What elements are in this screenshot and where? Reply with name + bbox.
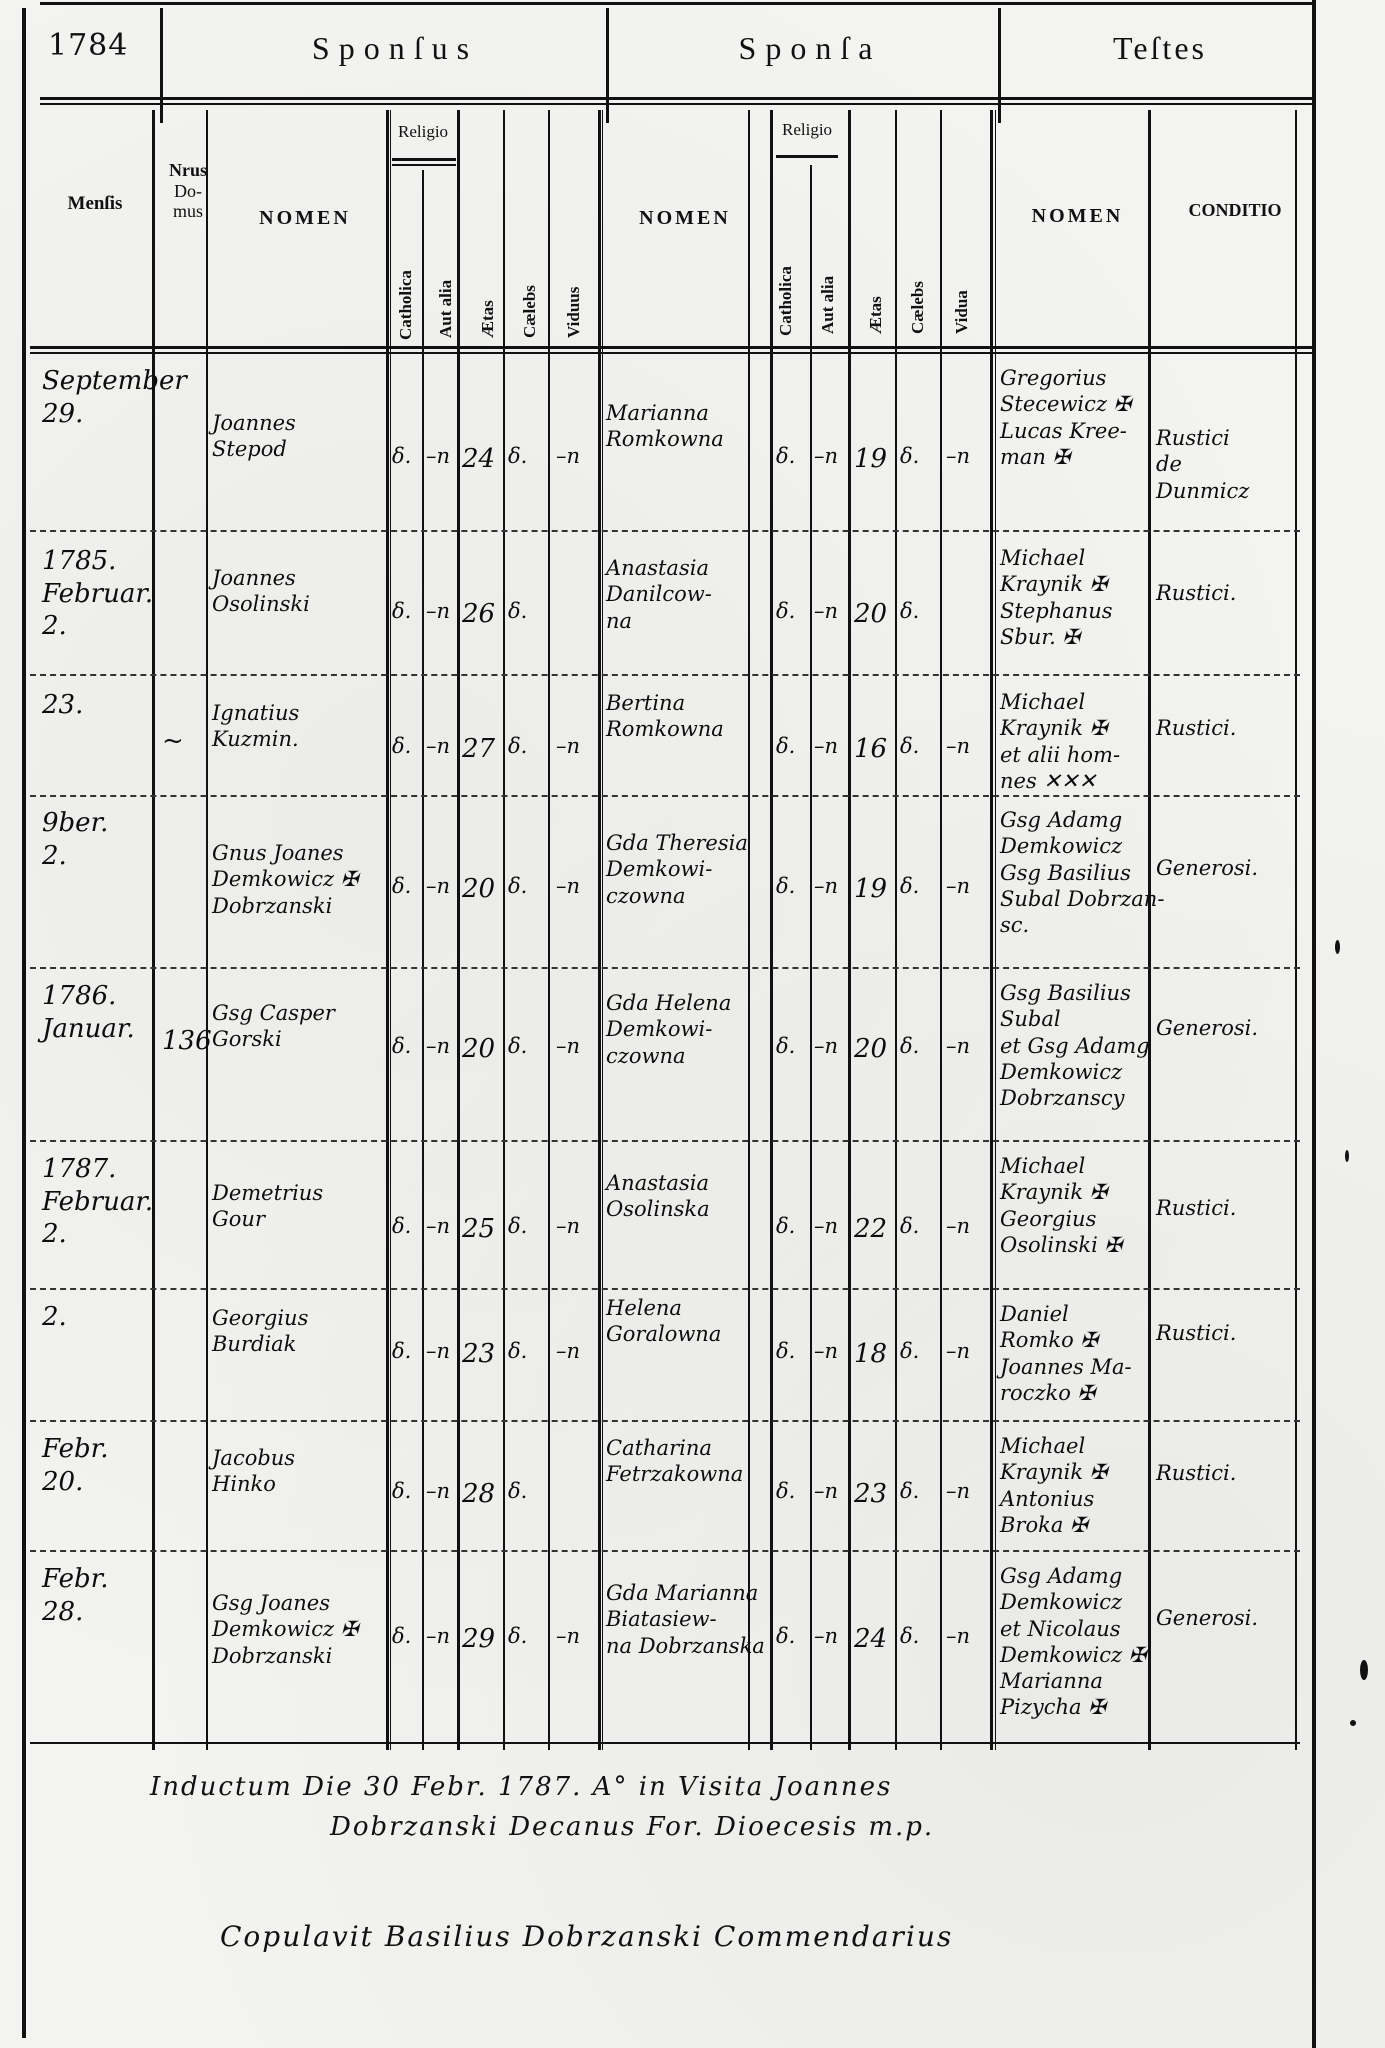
entry-groom-other-religion: –n <box>426 598 450 624</box>
entry-groom-catholic: δ. <box>392 598 411 624</box>
entry-bride-name: Marianna Romkowna <box>606 400 724 453</box>
entry-witness-condition: Rustici de Dunmicz <box>1156 425 1249 504</box>
entry-bride-other-religion: –n <box>814 443 838 469</box>
entry-witnesses: Daniel Romko ✠ Joannes Ma- roczko ✠ <box>1000 1301 1132 1406</box>
header-bride-celebs: Cælebs <box>908 281 928 334</box>
section-groom: Sponſus <box>200 30 590 67</box>
entry-bride-catholic: δ. <box>776 1213 795 1239</box>
header-groom-widower: Viduus <box>564 287 584 338</box>
col-rule <box>548 110 550 1750</box>
rule <box>40 97 1315 100</box>
entry-date: 9ber. 2. <box>42 807 108 872</box>
entry-bride-celebs: δ. <box>900 598 919 624</box>
entry-house-number: 136 <box>162 1025 212 1058</box>
entry-groom-other-religion: –n <box>426 1033 450 1059</box>
divider <box>606 8 609 123</box>
rule <box>392 164 456 166</box>
entry-groom-celebs: δ. <box>508 1478 527 1504</box>
entry-groom-other-religion: –n <box>426 873 450 899</box>
section-bride: Sponſa <box>640 30 980 67</box>
entry-bride-catholic: δ. <box>776 598 795 624</box>
rule <box>776 155 838 158</box>
col-rule <box>810 165 812 1750</box>
row-rule <box>30 795 1300 797</box>
entry-bride-widow: –n <box>946 1623 970 1649</box>
entry-bride-catholic: δ. <box>776 1033 795 1059</box>
header-groom-name: NOMEN <box>230 207 380 230</box>
rule <box>30 346 1315 349</box>
entry-witnesses: Michael Kraynik ✠ Georgius Osolinski ✠ <box>1000 1153 1122 1258</box>
entry-bride-name: Bertina Romkowna <box>606 690 724 743</box>
header-witness-condition: CONDITIO <box>1160 200 1310 221</box>
entry-bride-widow: –n <box>946 733 970 759</box>
entry-witnesses: Gregorius Stecewicz ✠ Lucas Kree- man ✠ <box>1000 365 1131 470</box>
entry-bride-catholic: δ. <box>776 1338 795 1364</box>
entry-bride-celebs: δ. <box>900 733 919 759</box>
header-bride-age: Ætas <box>866 296 886 334</box>
entry-witnesses: Gsg Basilius Subal et Gsg Adamg Demkowic… <box>1000 980 1150 1111</box>
entry-witness-condition: Generosi. <box>1156 855 1258 881</box>
frame-top <box>40 2 1315 5</box>
entry-bride-celebs: δ. <box>900 1033 919 1059</box>
register-year: 1784 <box>48 28 128 63</box>
entry-groom-catholic: δ. <box>392 1478 411 1504</box>
col-rule <box>386 110 389 1750</box>
row-rule <box>30 674 1300 676</box>
entry-groom-name: Georgius Burdiak <box>212 1305 308 1358</box>
entry-bride-age: 18 <box>854 1338 887 1371</box>
entry-bride-age: 16 <box>854 733 887 766</box>
header-bride-name: NOMEN <box>615 207 755 230</box>
entry-groom-other-religion: –n <box>426 1338 450 1364</box>
entry-date: Febr. 28. <box>42 1563 109 1628</box>
rule <box>40 103 1315 105</box>
entry-bride-catholic: δ. <box>776 733 795 759</box>
entry-date: Febr. 20. <box>42 1433 109 1498</box>
entry-groom-name: Gsg Joanes Demkowicz ✠ Dobrzanski <box>212 1590 358 1669</box>
entry-groom-widower: –n <box>556 443 580 469</box>
frame-right <box>1312 0 1316 2048</box>
entry-date: 2. <box>42 1301 67 1334</box>
entry-witness-condition: Rustici. <box>1156 1320 1236 1346</box>
entry-bride-celebs: δ. <box>900 1478 919 1504</box>
entry-bride-name: Catharina Fetrzakowna <box>606 1435 743 1488</box>
entry-groom-celebs: δ. <box>508 1213 527 1239</box>
row-rule <box>30 1420 1300 1422</box>
header-bride-other: Aut alia <box>818 276 838 334</box>
entry-groom-celebs: δ. <box>508 1033 527 1059</box>
entry-bride-age: 20 <box>854 598 887 631</box>
entry-bride-name: Gda Helena Demkowi- czowna <box>606 990 731 1069</box>
divider <box>160 8 163 123</box>
entry-groom-catholic: δ. <box>392 443 411 469</box>
entry-groom-name: Ignatius Kuzmin. <box>212 700 299 753</box>
entry-bride-other-religion: –n <box>814 1033 838 1059</box>
header-groom-other: Aut alia <box>436 280 456 338</box>
col-rule <box>503 110 505 1750</box>
entry-groom-celebs: δ. <box>508 598 527 624</box>
entry-witnesses: Gsg Adamg Demkowicz Gsg Basilius Subal D… <box>1000 807 1164 938</box>
entry-witness-condition: Rustici. <box>1156 1195 1236 1221</box>
entry-witness-condition: Generosi. <box>1156 1015 1258 1041</box>
header-bride-widow: Vidua <box>952 290 972 334</box>
entry-bride-catholic: δ. <box>776 1623 795 1649</box>
col-rule <box>598 110 601 1750</box>
entry-groom-age: 20 <box>462 1033 495 1066</box>
entry-groom-other-religion: –n <box>426 733 450 759</box>
entry-bride-other-religion: –n <box>814 1478 838 1504</box>
entry-groom-other-religion: –n <box>426 1478 450 1504</box>
entry-bride-name: Gda Marianna Biatasiew- na Dobrzanska <box>606 1580 765 1659</box>
row-rule <box>30 1550 1300 1552</box>
entry-bride-age: 19 <box>854 873 887 906</box>
ink-speck <box>1350 1720 1356 1726</box>
entry-bride-other-religion: –n <box>814 598 838 624</box>
col-rule <box>748 110 750 1750</box>
entry-groom-widower: –n <box>556 873 580 899</box>
entry-bride-age: 22 <box>854 1213 887 1246</box>
register-page: 1784 Sponſus Sponſa Teſtes Menſis Nrus D… <box>0 0 1385 2048</box>
entry-bride-widow: –n <box>946 1478 970 1504</box>
entry-groom-name: Joannes Stepod <box>212 410 296 463</box>
col-rule <box>422 170 424 1750</box>
induction-note-line2: Dobrzanski Decanus For. Dioecesis m.p. <box>330 1812 934 1842</box>
rule <box>392 158 456 161</box>
entry-witnesses: Michael Kraynik ✠ Stephanus Sbur. ✠ <box>1000 545 1113 650</box>
entry-bride-other-religion: –n <box>814 1623 838 1649</box>
header-groom-celebs: Cælebs <box>520 285 540 338</box>
entry-groom-catholic: δ. <box>392 1033 411 1059</box>
entry-groom-age: 20 <box>462 873 495 906</box>
entry-groom-age: 28 <box>462 1478 495 1511</box>
col-rule <box>206 110 208 1750</box>
col-rule <box>152 110 155 1750</box>
entry-groom-age: 24 <box>462 443 495 476</box>
entry-groom-celebs: δ. <box>508 873 527 899</box>
entry-date: 1787. Februar. 2. <box>42 1153 153 1251</box>
col-rule <box>457 110 460 1750</box>
entry-witness-condition: Rustici. <box>1156 1460 1236 1486</box>
header-witness-name: NOMEN <box>1005 205 1150 228</box>
entry-bride-celebs: δ. <box>900 1338 919 1364</box>
entry-bride-catholic: δ. <box>776 443 795 469</box>
col-rule <box>940 110 942 1750</box>
entry-groom-other-religion: –n <box>426 443 450 469</box>
copulavit-note: Copulavit Basilius Dobrzanski Commendari… <box>220 1920 953 1953</box>
col-rule <box>990 110 993 1750</box>
entry-bride-other-religion: –n <box>814 873 838 899</box>
row-rule <box>30 1742 1300 1744</box>
entry-bride-widow: –n <box>946 443 970 469</box>
col-rule <box>390 110 391 1750</box>
col-rule <box>895 110 897 1750</box>
entry-bride-age: 20 <box>854 1033 887 1066</box>
row-rule <box>30 1288 1300 1290</box>
entry-groom-widower: –n <box>556 1213 580 1239</box>
entry-bride-name: Helena Goralowna <box>606 1295 721 1348</box>
entry-groom-name: Demetrius Gour <box>212 1180 323 1233</box>
col-rule <box>848 110 851 1750</box>
ink-speck <box>1335 940 1340 954</box>
entry-groom-catholic: δ. <box>392 733 411 759</box>
rule <box>30 352 1315 354</box>
entry-bride-age: 19 <box>854 443 887 476</box>
entry-date: 1786. Januar. <box>42 980 135 1045</box>
entry-bride-widow: –n <box>946 1213 970 1239</box>
entry-bride-name: Anastasia Osolinska <box>606 1170 710 1223</box>
header-groom-catholic: Catholica <box>396 270 416 340</box>
entry-groom-widower: –n <box>556 733 580 759</box>
entry-groom-age: 25 <box>462 1213 495 1246</box>
header-bride-catholic: Catholica <box>776 266 796 336</box>
entry-bride-other-religion: –n <box>814 1213 838 1239</box>
entry-groom-name: Jacobus Hinko <box>212 1445 295 1498</box>
entry-groom-widower: –n <box>556 1033 580 1059</box>
entry-bride-widow: –n <box>946 873 970 899</box>
col-rule <box>770 110 773 1750</box>
header-month: Menſis <box>40 193 150 215</box>
entry-bride-celebs: δ. <box>900 873 919 899</box>
entry-groom-other-religion: –n <box>426 1623 450 1649</box>
row-rule <box>30 530 1300 532</box>
entry-groom-catholic: δ. <box>392 1338 411 1364</box>
induction-note-line1: Inductum Die 30 Febr. 1787. A° in Visita… <box>150 1772 892 1802</box>
entry-date: September 29. <box>42 365 187 430</box>
col-rule <box>1295 110 1297 1750</box>
col-rule <box>995 110 996 1750</box>
entry-groom-catholic: δ. <box>392 1623 411 1649</box>
header-bride-religion: Religio <box>782 120 832 140</box>
entry-groom-other-religion: –n <box>426 1213 450 1239</box>
header-groom-religion: Religio <box>398 122 448 142</box>
entry-groom-age: 26 <box>462 598 495 631</box>
entry-bride-age: 23 <box>854 1478 887 1511</box>
divider <box>998 8 1001 123</box>
row-rule <box>30 967 1300 969</box>
entry-groom-age: 23 <box>462 1338 495 1371</box>
entry-groom-name: Gnus Joanes Demkowicz ✠ Dobrzanski <box>212 840 358 919</box>
entry-witness-condition: Generosi. <box>1156 1605 1258 1631</box>
entry-bride-catholic: δ. <box>776 1478 795 1504</box>
entry-groom-celebs: δ. <box>508 443 527 469</box>
entry-bride-name: Anastasia Danilcow- na <box>606 555 712 634</box>
entry-house-number: ~ <box>162 725 184 758</box>
entry-witness-condition: Rustici. <box>1156 715 1236 741</box>
entry-bride-catholic: δ. <box>776 873 795 899</box>
entry-bride-widow: –n <box>946 1033 970 1059</box>
entry-date: 1785. Februar. 2. <box>42 545 153 643</box>
entry-bride-other-religion: –n <box>814 733 838 759</box>
col-rule <box>602 110 603 1750</box>
entry-groom-widower: –n <box>556 1623 580 1649</box>
entry-groom-celebs: δ. <box>508 733 527 759</box>
entry-date: 23. <box>42 689 83 722</box>
entry-witnesses: Michael Kraynik ✠ et alii hom- nes ✕✕✕ <box>1000 689 1120 794</box>
entry-bride-celebs: δ. <box>900 1213 919 1239</box>
ink-speck <box>1345 1150 1349 1162</box>
ink-speck <box>1360 1660 1368 1680</box>
entry-groom-celebs: δ. <box>508 1623 527 1649</box>
header-groom-age: Ætas <box>478 300 498 338</box>
frame-left <box>22 8 26 2038</box>
entry-groom-name: Gsg Casper Gorski <box>212 1000 335 1053</box>
entry-bride-celebs: δ. <box>900 443 919 469</box>
entry-witnesses: Michael Kraynik ✠ Antonius Broka ✠ <box>1000 1433 1107 1538</box>
entry-bride-age: 24 <box>854 1623 887 1656</box>
entry-witnesses: Gsg Adamg Demkowicz et Nicolaus Demkowic… <box>1000 1563 1146 1721</box>
entry-bride-other-religion: –n <box>814 1338 838 1364</box>
entry-groom-widower: –n <box>556 1338 580 1364</box>
entry-groom-catholic: δ. <box>392 1213 411 1239</box>
entry-groom-name: Joannes Osolinski <box>212 565 310 618</box>
entry-groom-age: 29 <box>462 1623 495 1656</box>
entry-witness-condition: Rustici. <box>1156 580 1236 606</box>
entry-bride-celebs: δ. <box>900 1623 919 1649</box>
section-witnesses: Teſtes <box>1010 30 1310 67</box>
entry-bride-widow: –n <box>946 1338 970 1364</box>
entry-bride-name: Gda Theresia Demkowi- czowna <box>606 830 748 909</box>
entry-groom-age: 27 <box>462 733 495 766</box>
row-rule <box>30 1140 1300 1142</box>
entry-groom-celebs: δ. <box>508 1338 527 1364</box>
entry-groom-catholic: δ. <box>392 873 411 899</box>
